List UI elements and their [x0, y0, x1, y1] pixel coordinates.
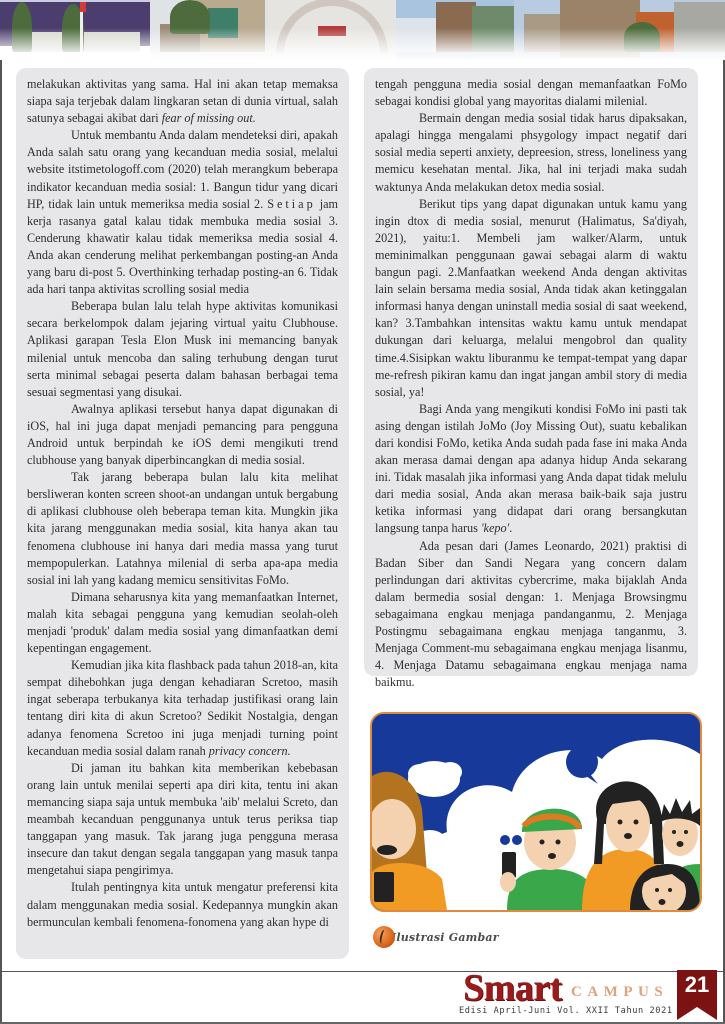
paragraph-text: Bagi Anda yang mengikuti kondisi FoMo in… [375, 402, 687, 536]
paragraph-text: Setiap [267, 197, 315, 211]
illustration-image [370, 712, 702, 912]
brand-smart-logo: Smart [463, 968, 562, 1008]
campus-building-photo-4 [514, 0, 725, 60]
page-number: 21 [677, 972, 717, 998]
campus-building-photo-2 [150, 0, 268, 60]
paragraph-text: privacy concern. [209, 744, 291, 758]
paragraph-text: Berikut tips yang dapat digunakan untuk … [375, 197, 687, 399]
paragraph-text: 'kepo' [481, 521, 509, 535]
brand-campus-logo: CAMPUS [571, 984, 668, 1001]
article-paragraph: Bagi Anda yang mengikuti kondisi FoMo in… [375, 401, 687, 538]
article-column-left: melakukan aktivitas yang sama. Hal ini a… [16, 68, 349, 959]
header-photo-strip [0, 0, 725, 60]
article-paragraph: Itulah pentingnya kita untuk mengatur pr… [27, 879, 338, 930]
article-paragraph: Berikut tips yang dapat digunakan untuk … [375, 196, 687, 401]
paragraph-text: Bermain dengan media sosial tidak harus … [375, 111, 687, 193]
paragraph-text: Kemudian jika kita flashback pada tahun … [27, 658, 338, 757]
paragraph-text: Awalnya aplikasi tersebut hanya dapat di… [27, 402, 338, 467]
people-with-phones-illustration [372, 714, 700, 910]
article-paragraph: Ada pesan dari (James Leonardo, 2021) pr… [375, 538, 687, 692]
campus-gate-arch-photo [268, 0, 396, 60]
article-paragraph: tengah pengguna media sosial dengan mema… [375, 76, 687, 110]
magazine-brand: Smart CAMPUS Edisi April-Juni Vol. XXII … [463, 970, 678, 1022]
article-paragraph: melakukan aktivitas yang sama. Hal ini a… [27, 76, 338, 127]
paragraph-text: Itulah pentingnya kita untuk mengatur pr… [27, 880, 338, 928]
article-paragraph: Awalnya aplikasi tersebut hanya dapat di… [27, 401, 338, 469]
paragraph-text: jam kerja rasanya gatal kalau tidak memb… [27, 197, 338, 296]
paragraph-text: Dimana seharusnya kita yang memanfaatkan… [27, 590, 338, 655]
paragraph-text: Beberapa bulan lalu telah hype aktivitas… [27, 299, 338, 398]
article-paragraph: Tak jarang beberapa bulan lalu kita meli… [27, 469, 338, 589]
article-paragraph: Dimana seharusnya kita yang memanfaatkan… [27, 589, 338, 657]
illustration-caption: Ilustrasi Gambar [373, 925, 499, 949]
campus-building-photo-3 [396, 0, 514, 60]
paragraph-text: tengah pengguna media sosial dengan mema… [375, 77, 687, 108]
campus-building-photo-1 [0, 0, 150, 60]
article-paragraph: Untuk membantu Anda dalam mendeteksi dir… [27, 127, 338, 298]
paragraph-text: Ada pesan dari (James Leonardo, 2021) pr… [375, 539, 687, 690]
paragraph-text: Tak jarang beberapa bulan lalu kita meli… [27, 470, 338, 587]
paragraph-text: Di jaman itu bahkan kita memberikan kebe… [27, 761, 338, 878]
article-paragraph: Kemudian jika kita flashback pada tahun … [27, 657, 338, 760]
caption-badge-icon [373, 926, 395, 948]
paragraph-text: fear of missing out. [162, 111, 256, 125]
article-paragraph: Bermain dengan media sosial tidak harus … [375, 110, 687, 195]
article-paragraph: Beberapa bulan lalu telah hype aktivitas… [27, 298, 338, 401]
page-frame-left [0, 60, 2, 1024]
article-paragraph: Di jaman itu bahkan kita memberikan kebe… [27, 760, 338, 880]
edition-info: Edisi April-Juni Vol. XXII Tahun 2021 [459, 1006, 673, 1016]
paragraph-text: . [509, 521, 512, 535]
article-column-right: tengah pengguna media sosial dengan mema… [364, 68, 698, 676]
caption-text: Ilustrasi Gambar [391, 931, 499, 944]
